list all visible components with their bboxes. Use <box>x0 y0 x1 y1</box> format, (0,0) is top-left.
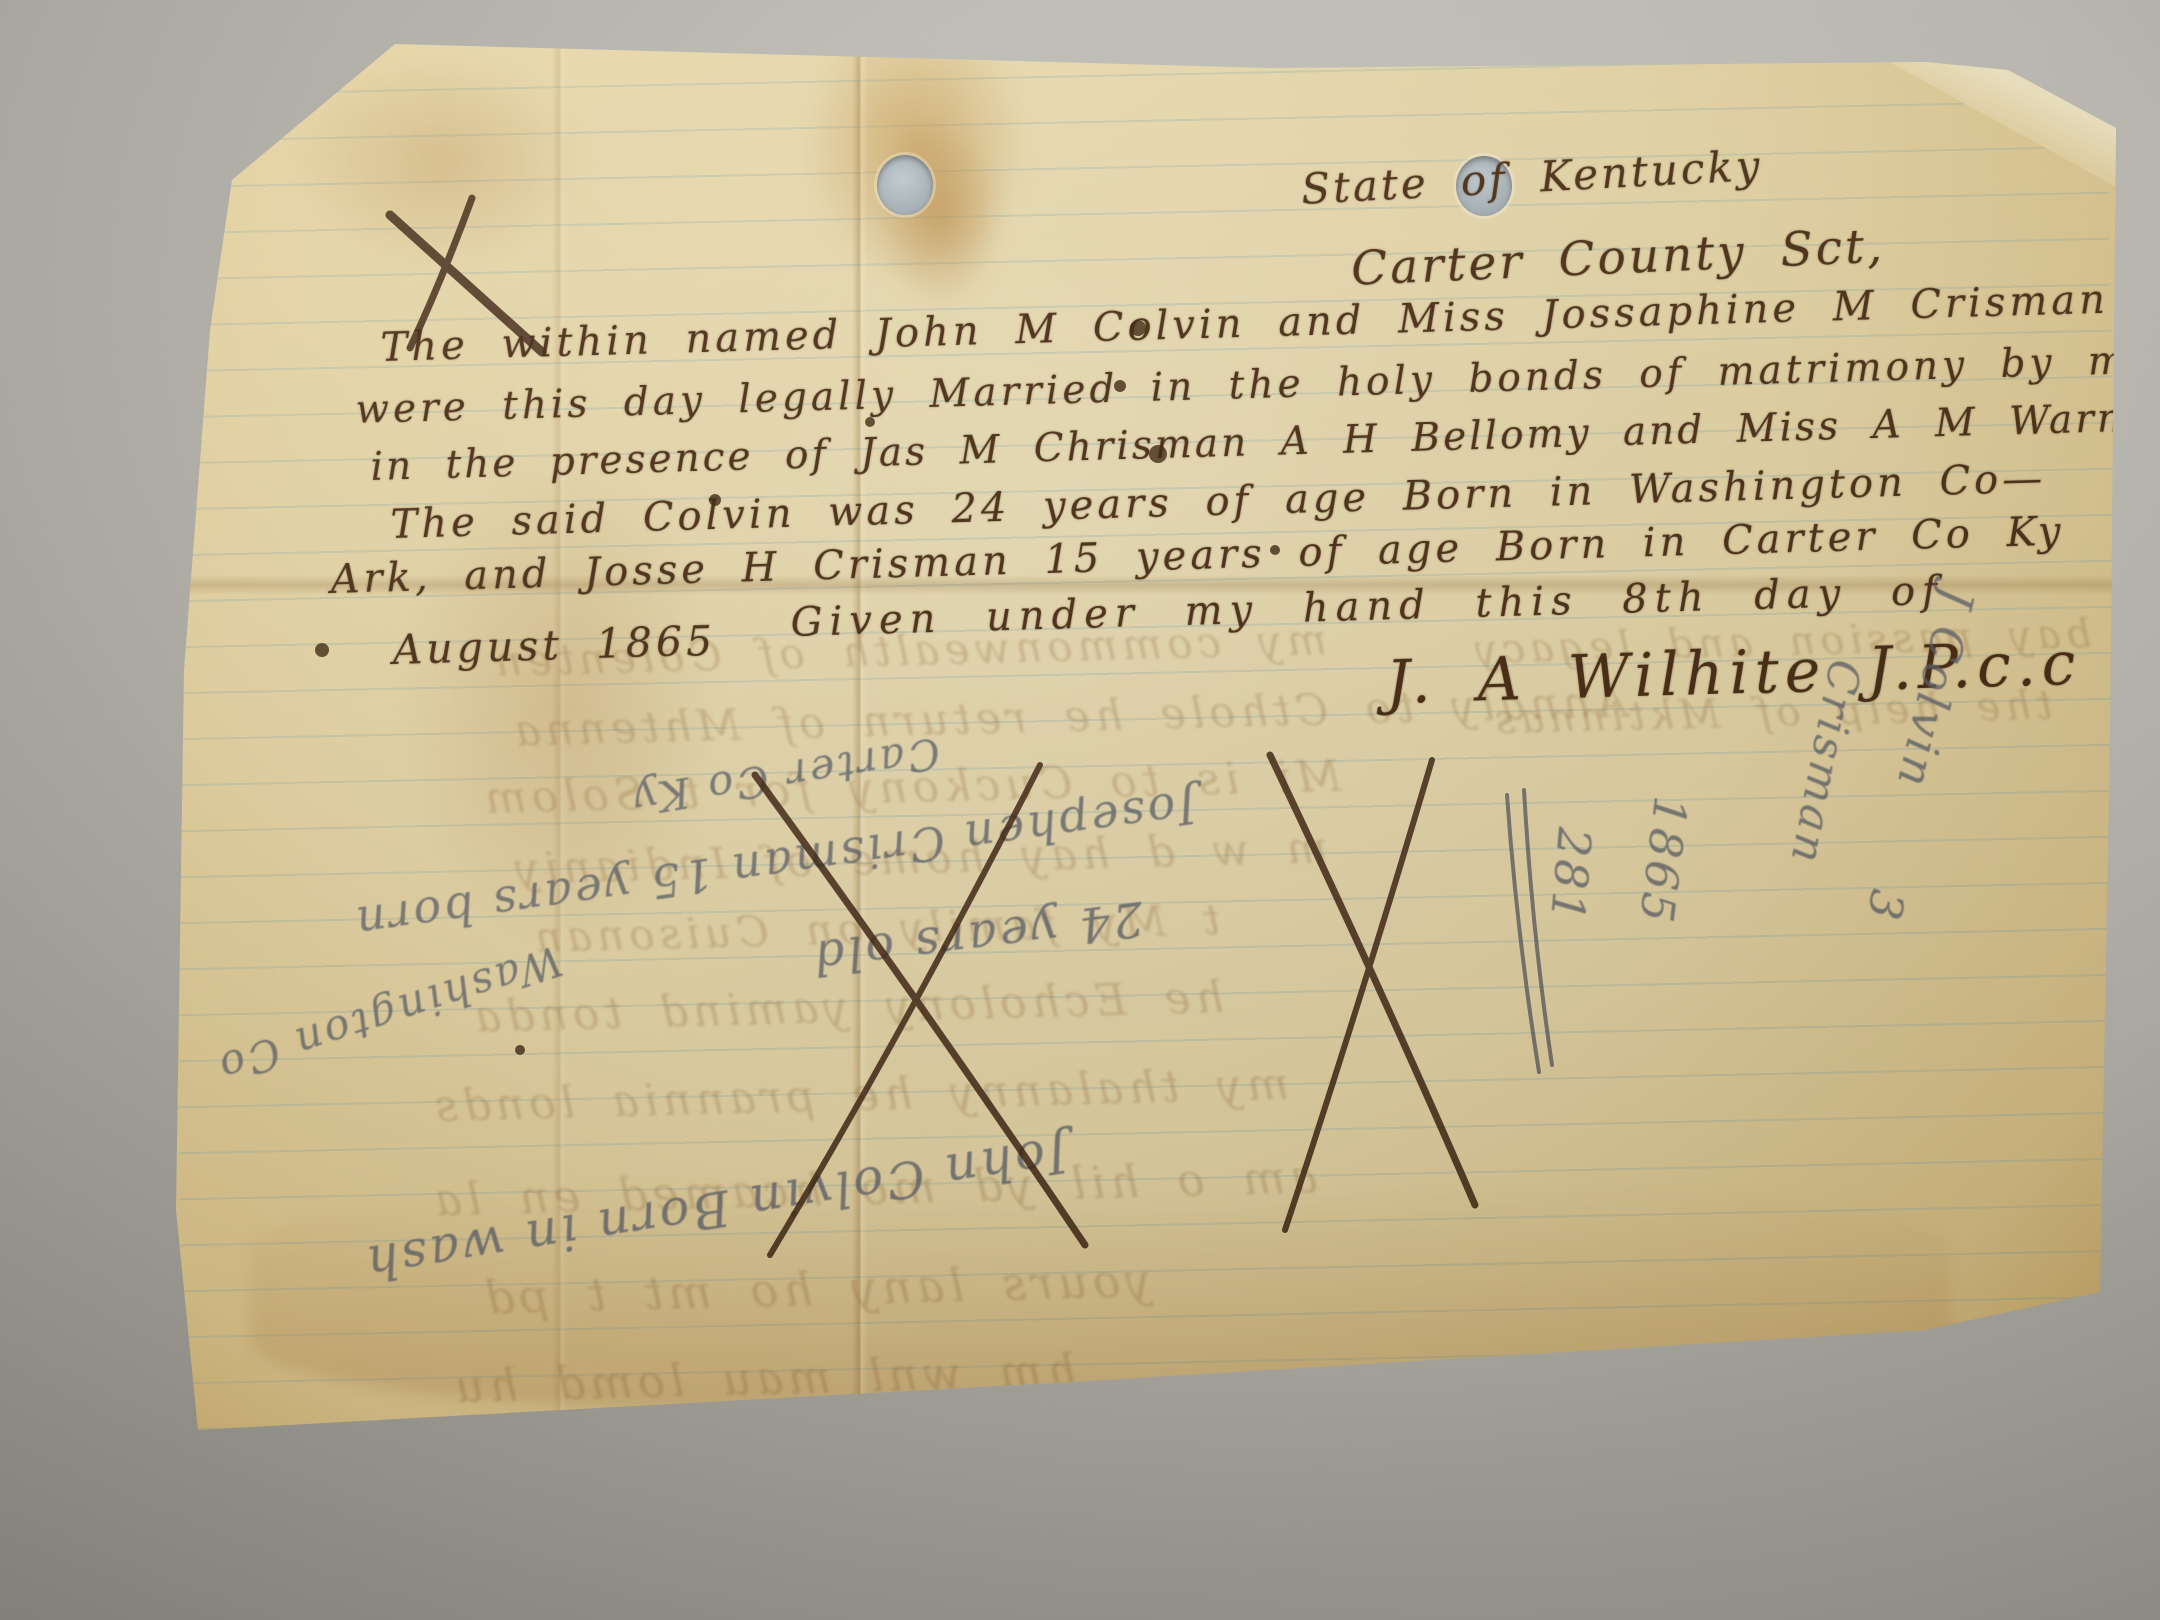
photo-of-document: my commonwealth of Colenten So bay passi… <box>0 0 2160 1620</box>
punch-hole-left <box>877 155 933 215</box>
stain-top-center-2 <box>875 120 1005 310</box>
document-paper: my commonwealth of Colenten So bay passi… <box>170 30 2120 1440</box>
stain-top-left <box>290 50 590 270</box>
body-line-7: August 1865 <box>392 617 717 674</box>
pencil-side-number-281: 281 <box>1540 825 1602 926</box>
